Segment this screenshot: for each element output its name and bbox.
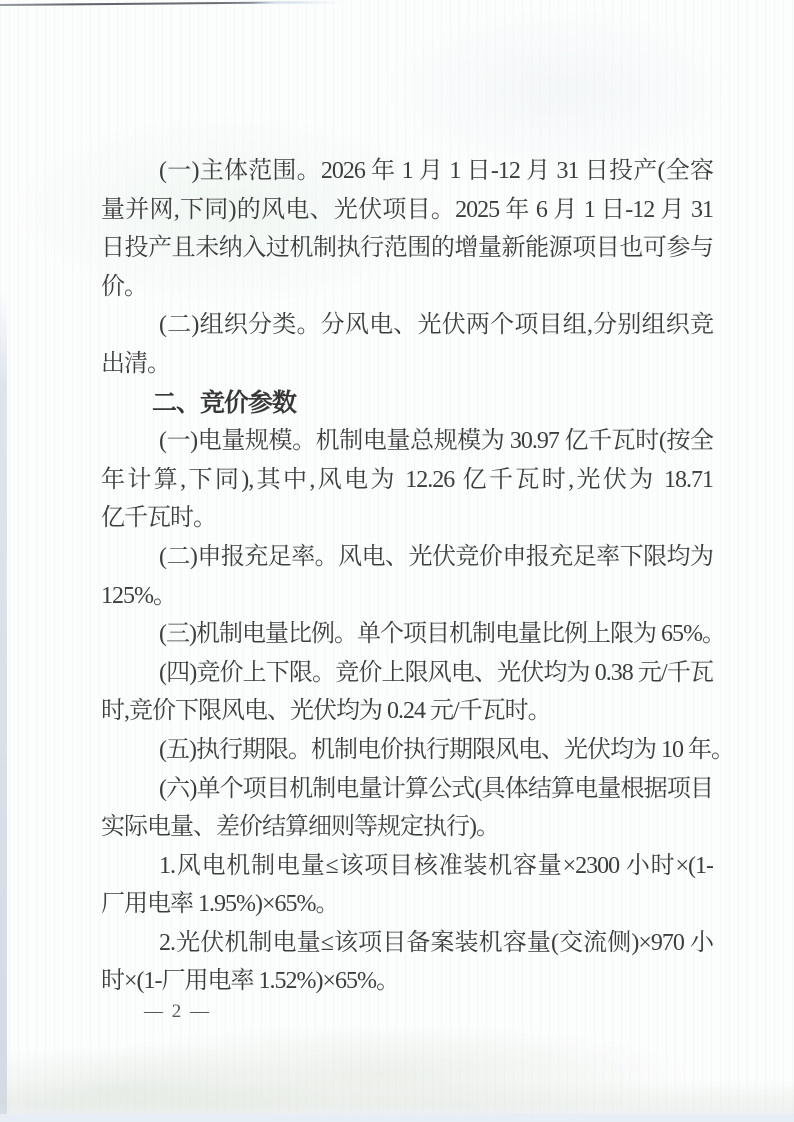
doc-line: 亿千瓦时。 [101,499,713,538]
doc-line: 125%。 [101,577,713,616]
scan-artifact-top-edge-highlight [252,1,344,4]
doc-line: 价。 [101,268,713,307]
doc-line: 厂用电率 1.95%)×65%。 [101,885,713,924]
doc-line: 时,竞价下限风电、光伏均为 0.24 元/千瓦时。 [101,692,713,731]
paragraph-adequacy-rate: (二)申报充足率。风电、光伏竞价申报充足率下限均为 125%。 [101,538,713,615]
doc-line: 日投产且未纳入过机制执行范围的增量新能源项目也可参与竞 [101,229,713,268]
doc-line: 1.风电机制电量≤该项目核准装机容量×2300 小时×(1- [101,847,713,886]
doc-line: 出清。 [101,345,713,384]
paragraph-price-limits: (四)竞价上下限。竞价上限风电、光伏均为 0.38 元/千瓦 时,竞价下限风电、… [101,654,713,731]
paragraph-organization: (二)组织分类。分风电、光伏两个项目组,分别组织竞价、 出清。 [101,306,713,383]
doc-line: 实际电量、差价结算细则等规定执行)。 [101,808,713,847]
scan-artifact-bottom-edge-band [0,1114,794,1122]
paragraph-calc-formula: (六)单个项目机制电量计算公式(具体结算电量根据项目 实际电量、差价结算细则等规… [101,770,713,847]
doc-line: 年计算,下同),其中,风电为 12.26 亿千瓦时,光伏为 18.71 [101,461,713,500]
doc-line: (二)申报充足率。风电、光伏竞价申报充足率下限均为 [101,538,713,577]
paragraph-volume-ratio: (三)机制电量比例。单个项目机制电量比例上限为 65%。 [101,615,713,654]
doc-line: (一)电量规模。机制电量总规模为 30.97 亿千瓦时(按全 [101,422,713,461]
doc-line: (一)主体范围。2026 年 1 月 1 日-12 月 31 日投产(全容 [101,152,713,191]
paragraph-wind-formula: 1.风电机制电量≤该项目核准装机容量×2300 小时×(1- 厂用电率 1.95… [101,847,713,924]
doc-line: (四)竞价上下限。竞价上限风电、光伏均为 0.38 元/千瓦 [101,654,713,693]
section-heading-bidding-parameters: 二、竞价参数 [101,384,713,423]
paragraph-scope: (一)主体范围。2026 年 1 月 1 日-12 月 31 日投产(全容 量并… [101,152,713,306]
doc-line: 时×(1-厂用电率 1.52%)×65%。 [101,962,713,1001]
doc-line: 2.光伏机制电量≤该项目备案装机容量(交流侧)×970 小 [101,924,713,963]
paragraph-execution-period: (五)执行期限。机制电价执行期限风电、光伏均为 10 年。 [101,731,713,770]
doc-line: (六)单个项目机制电量计算公式(具体结算电量根据项目 [101,770,713,809]
doc-line: (五)执行期限。机制电价执行期限风电、光伏均为 10 年。 [101,731,713,770]
doc-line: 量并网,下同)的风电、光伏项目。2025 年 6 月 1 日-12 月 31 [101,191,713,230]
doc-line: (二)组织分类。分风电、光伏两个项目组,分别组织竞价、 [101,306,713,345]
scan-artifact-bottom-texture [0,1080,794,1114]
paragraph-solar-formula: 2.光伏机制电量≤该项目备案装机容量(交流侧)×970 小 时×(1-厂用电率 … [101,924,713,1001]
page-number: — 2 — [144,1001,211,1023]
paragraph-volume-scale: (一)电量规模。机制电量总规模为 30.97 亿千瓦时(按全 年计算,下同),其… [101,422,713,538]
scan-artifact-left-edge-shadow [0,290,7,1122]
document-body: (一)主体范围。2026 年 1 月 1 日-12 月 31 日投产(全容 量并… [101,152,713,1001]
doc-line: (三)机制电量比例。单个项目机制电量比例上限为 65%。 [101,615,713,654]
scanned-document-page: (一)主体范围。2026 年 1 月 1 日-12 月 31 日投产(全容 量并… [0,0,794,1122]
